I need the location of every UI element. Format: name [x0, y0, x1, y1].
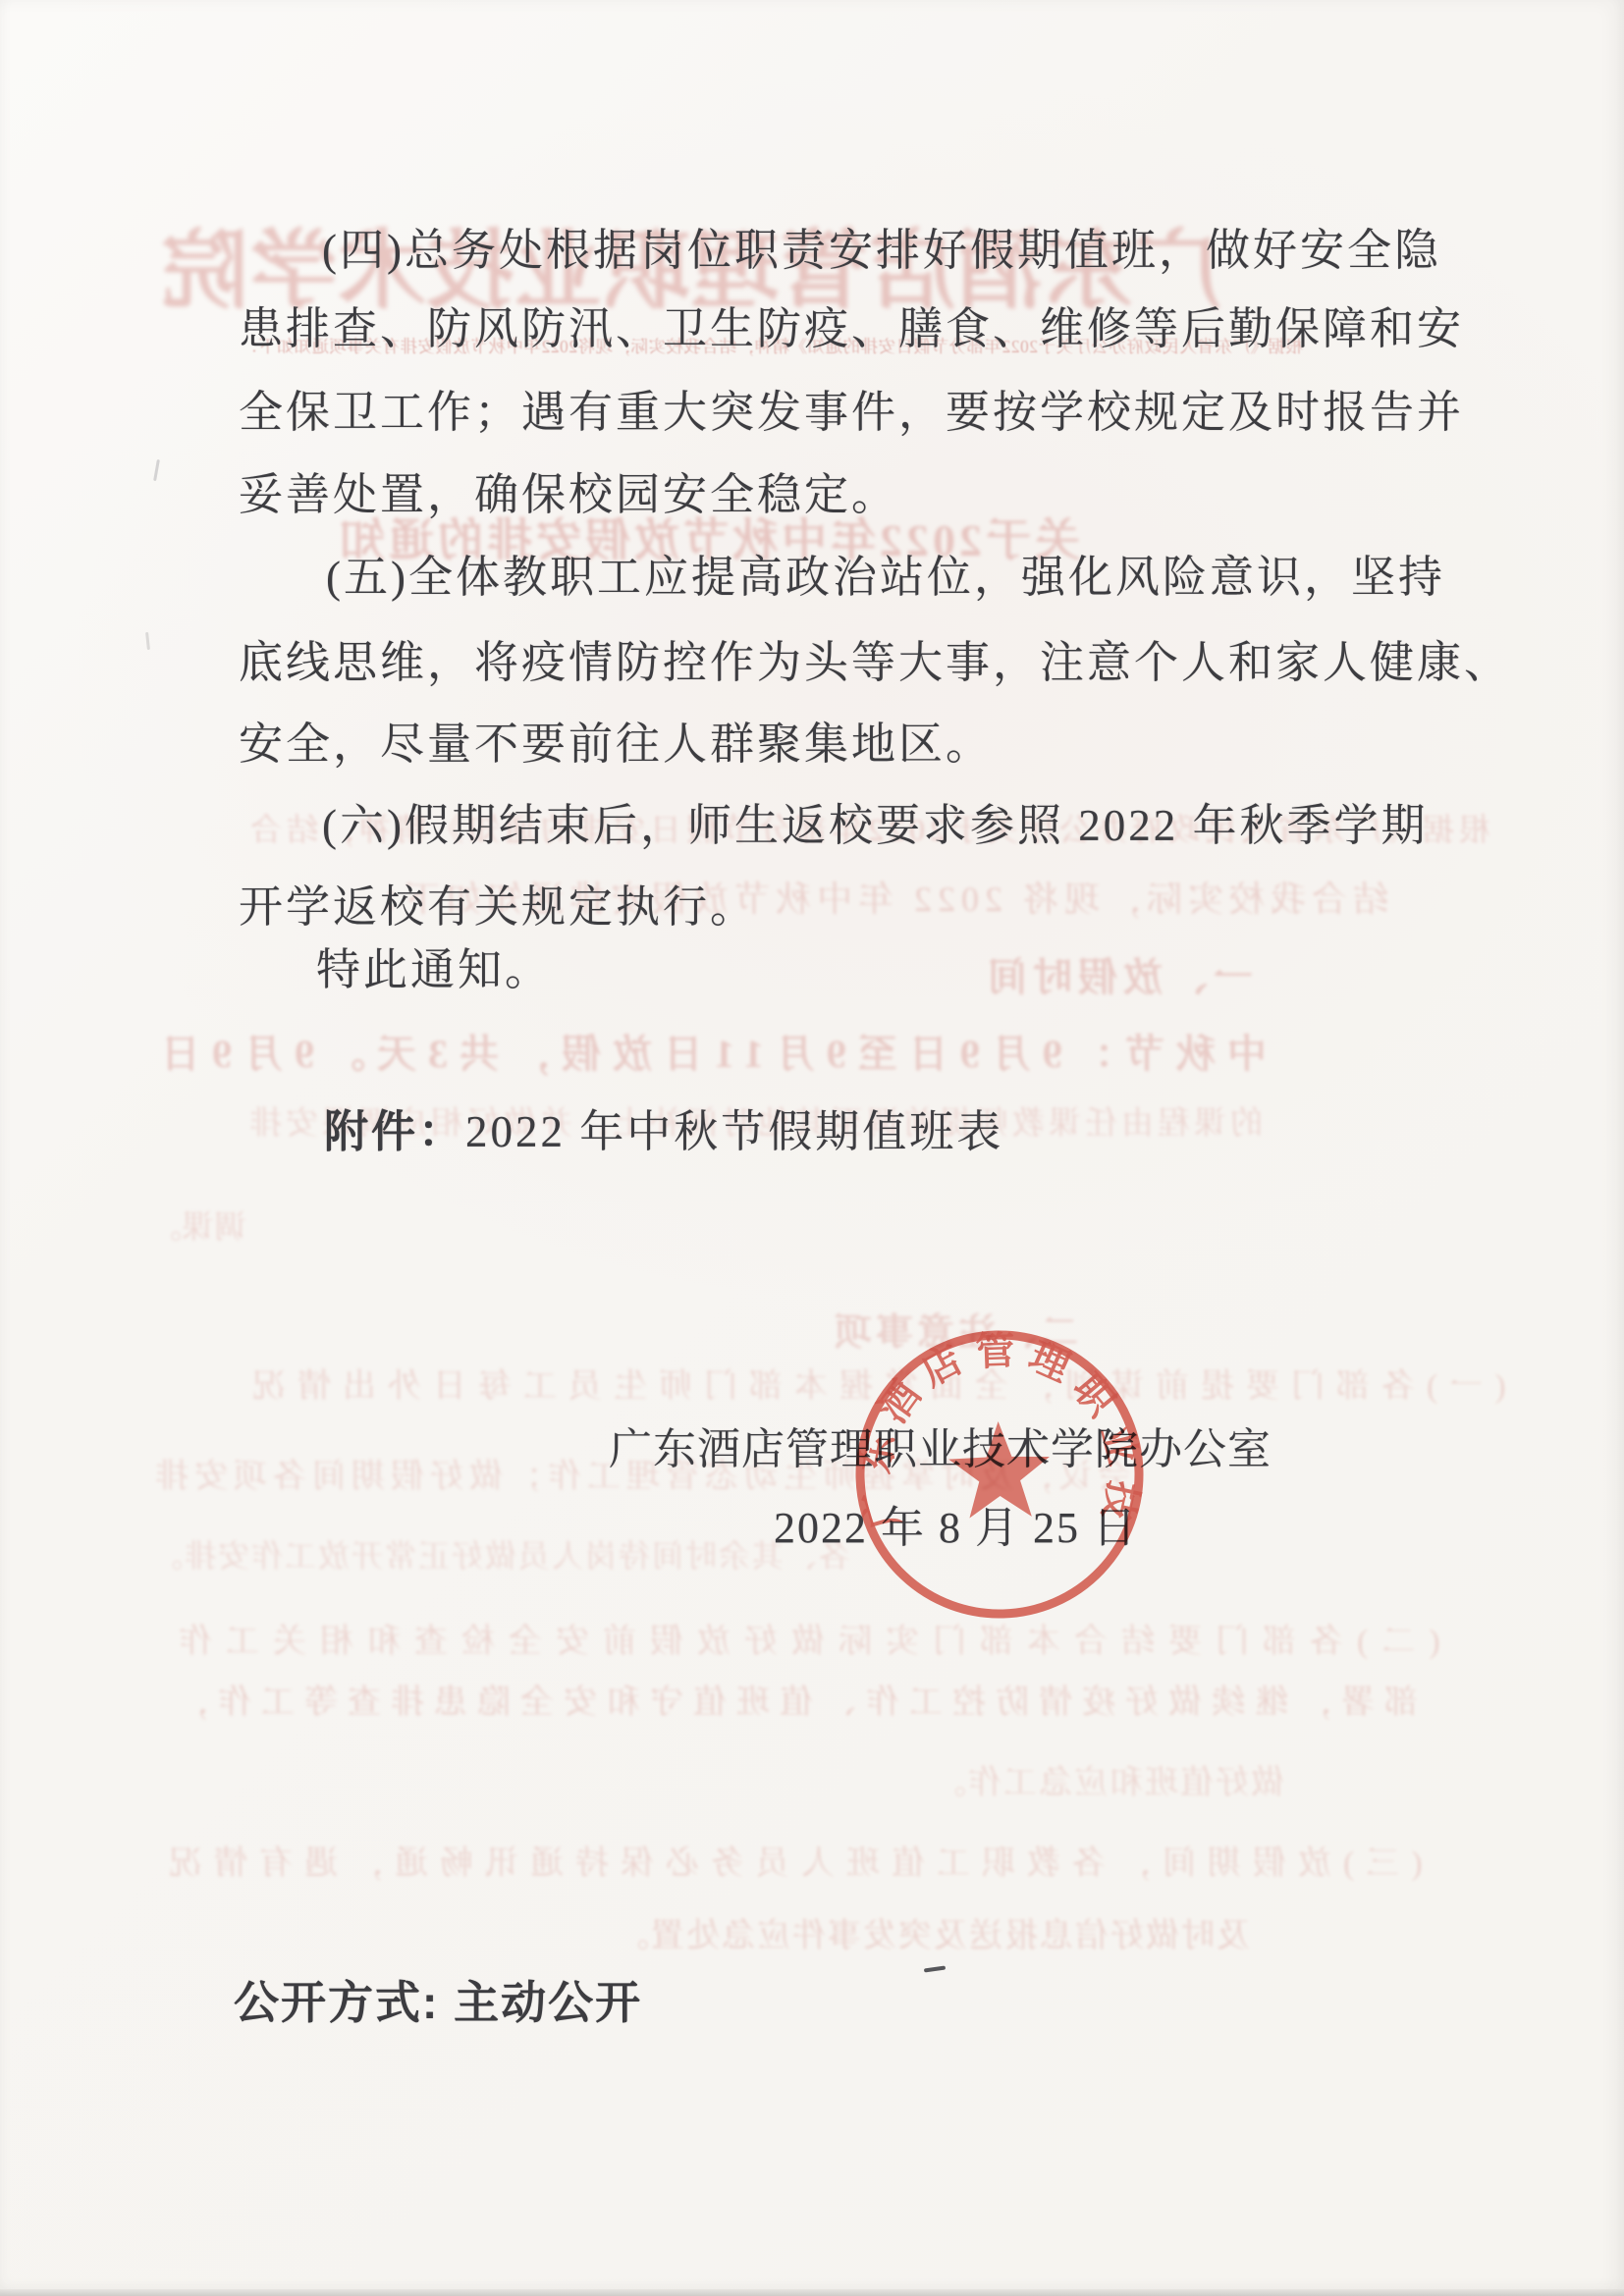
- attachment-label: 附件：: [324, 1106, 465, 1156]
- bleedthrough-line: 部署，继续做好疫情防控工作、值班值守和安全隐患排查等工作，: [165, 1675, 1418, 1723]
- bleedthrough-line: 调课。: [149, 1201, 246, 1248]
- scan-speck: [145, 632, 150, 650]
- body-line: (四)总务处根据岗位职责安排好假期值班，做好安全隐: [322, 214, 1441, 278]
- official-seal: 广东酒店管理职业技术学院: [843, 1318, 1156, 1630]
- bleedthrough-line: (三)放假期间，各教职工值班人员务必保持通讯畅通，遇有情况: [157, 1836, 1423, 1884]
- attachment-line: 附件：2022 年中秋节假期值班表: [324, 1095, 1003, 1159]
- disclosure-label: 公开方式:: [234, 1977, 439, 2028]
- body-line: 全保卫工作；遇有重大突发事件，要按学校规定及时报告并: [239, 376, 1464, 440]
- body-line: 开学返校有关规定执行。: [239, 871, 757, 934]
- svg-text:广东酒店管理职业技术学院: 广东酒店管理职业技术学院: [843, 1318, 1147, 1535]
- body-line: (六)假期结束后，师生返校要求参照 2022 年秋季学期: [322, 789, 1428, 853]
- bleedthrough-line: 中秋节：9月9日至9月11日放假，共3天。9月9日: [149, 1023, 1267, 1079]
- bleedthrough-line: 各、其余时间待岗人员做好正常开放工作安排。: [149, 1531, 850, 1576]
- body-line: 患排查、防风防汛、卫生防疫、膳食、维修等后勤保障和安: [239, 293, 1464, 356]
- body-line: (五)全体教职工应提高政治站位，强化风险意识，坚持: [326, 541, 1445, 605]
- seal-arc-text: 广东酒店管理职业技术学院: [843, 1318, 1147, 1535]
- attachment-text: 2022 年中秋节假期值班表: [465, 1107, 1003, 1156]
- disclosure-line: 公开方式: 主动公开: [234, 1967, 642, 2032]
- pen-mark: [924, 1965, 946, 1972]
- seal-star-icon: [947, 1420, 1051, 1519]
- bleedthrough-line: 及时做好信息报送及突发事件应急处置。: [614, 1908, 1250, 1956]
- bleedthrough-line: 做好值班和应急工作。: [931, 1755, 1284, 1803]
- bleedthrough-line: (二)各部门要结合本部门实际做好放假前安全检查和相关工作: [165, 1614, 1440, 1662]
- scan-edge-shadow: [0, 2289, 1624, 2296]
- scanned-notice-page: 广东酒店管理职业技术学院 根据《广东省人民政府办公厅关于2022年部分节假日安排…: [0, 0, 1624, 2296]
- body-line: 特此通知。: [316, 934, 552, 997]
- scan-speck: [153, 459, 160, 481]
- body-line: 妥善处置，确保校园安全稳定。: [239, 458, 898, 522]
- bleedthrough-line: 一、放假时间: [982, 946, 1253, 1002]
- disclosure-value: 主动公开: [454, 1977, 642, 2028]
- body-line: 安全，尽量不要前往人群聚集地区。: [239, 708, 993, 772]
- body-line: 底线思维，将疫情防控作为头等大事，注意个人和家人健康、: [239, 626, 1511, 690]
